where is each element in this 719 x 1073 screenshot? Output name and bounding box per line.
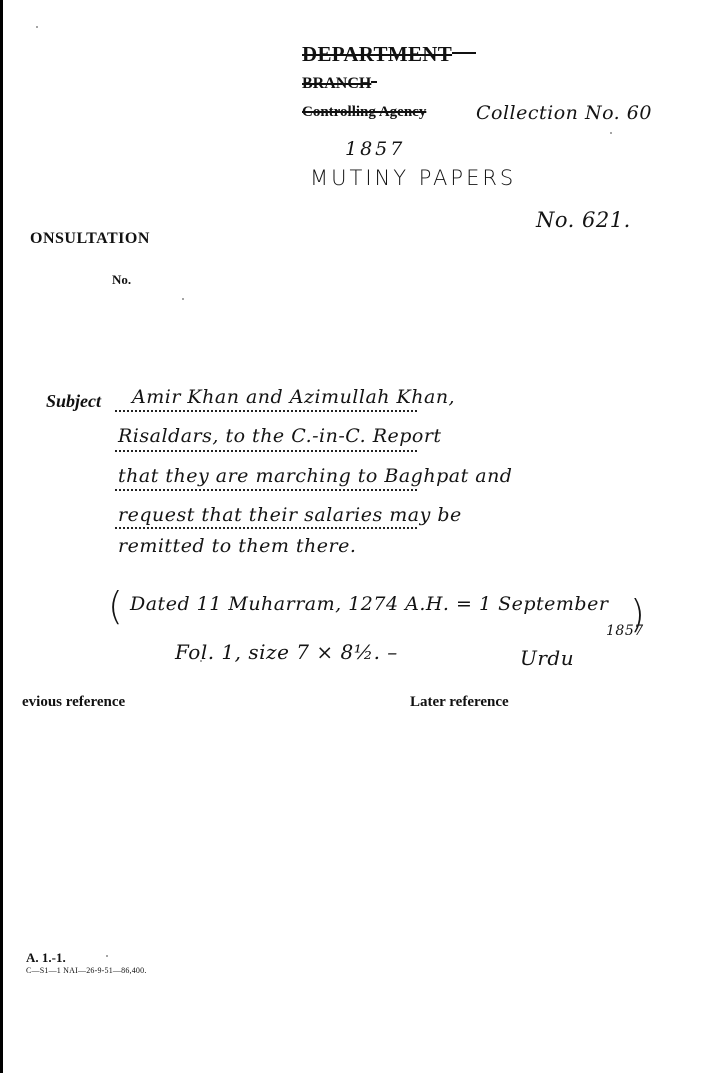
- subject-line: that they are marching to Baghpat and: [118, 465, 512, 487]
- file-number: No. 621.: [536, 208, 631, 232]
- department-label: DEPARTMENT: [302, 42, 476, 67]
- form-code: A. 1.-1.: [26, 950, 66, 966]
- scan-speck: [182, 298, 184, 300]
- consultation-no-label: No.: [112, 272, 131, 288]
- dated-text: Dated 11 Muharram, 1274 A.H. = 1 Septemb…: [130, 593, 608, 615]
- scan-speck: [200, 660, 202, 662]
- dotted-rule: [115, 489, 417, 491]
- subject-line: Risaldars, to the C.-in-C. Report: [118, 425, 442, 447]
- subject-line: request that their salaries may be: [118, 504, 462, 526]
- scan-speck: [610, 132, 612, 134]
- later-reference-label: Later reference: [410, 694, 509, 711]
- branch-label: BRANCH: [302, 75, 377, 93]
- folio-size-text: Fol. 1, size 7 × 8½. –: [175, 640, 398, 664]
- dotted-rule: [115, 450, 417, 452]
- open-parenthesis: (: [108, 584, 123, 628]
- close-parenthesis: ): [630, 592, 645, 636]
- consultation-label: ONSULTATION: [30, 230, 150, 248]
- subject-line: Amir Khan and Azimullah Khan,: [132, 386, 455, 408]
- controlling-agency-label: Controlling Agency: [302, 104, 426, 121]
- previous-reference-label: evious reference: [22, 694, 125, 711]
- series-note: MUTINY PAPERS: [310, 166, 516, 190]
- collection-note: Collection No. 60: [476, 102, 652, 124]
- year-note: 1857: [345, 138, 405, 160]
- dotted-rule: [115, 410, 417, 412]
- language-note: Urdu: [520, 646, 574, 670]
- subject-line: remitted to them there.: [118, 535, 356, 557]
- scan-speck: [106, 955, 108, 957]
- scan-speck: [36, 26, 38, 28]
- scan-edge: [0, 0, 3, 1073]
- print-line: C—S1—1 NAI—26-9-51—86,400.: [26, 966, 147, 975]
- dotted-rule: [115, 527, 417, 529]
- subject-label: Subject: [46, 391, 101, 412]
